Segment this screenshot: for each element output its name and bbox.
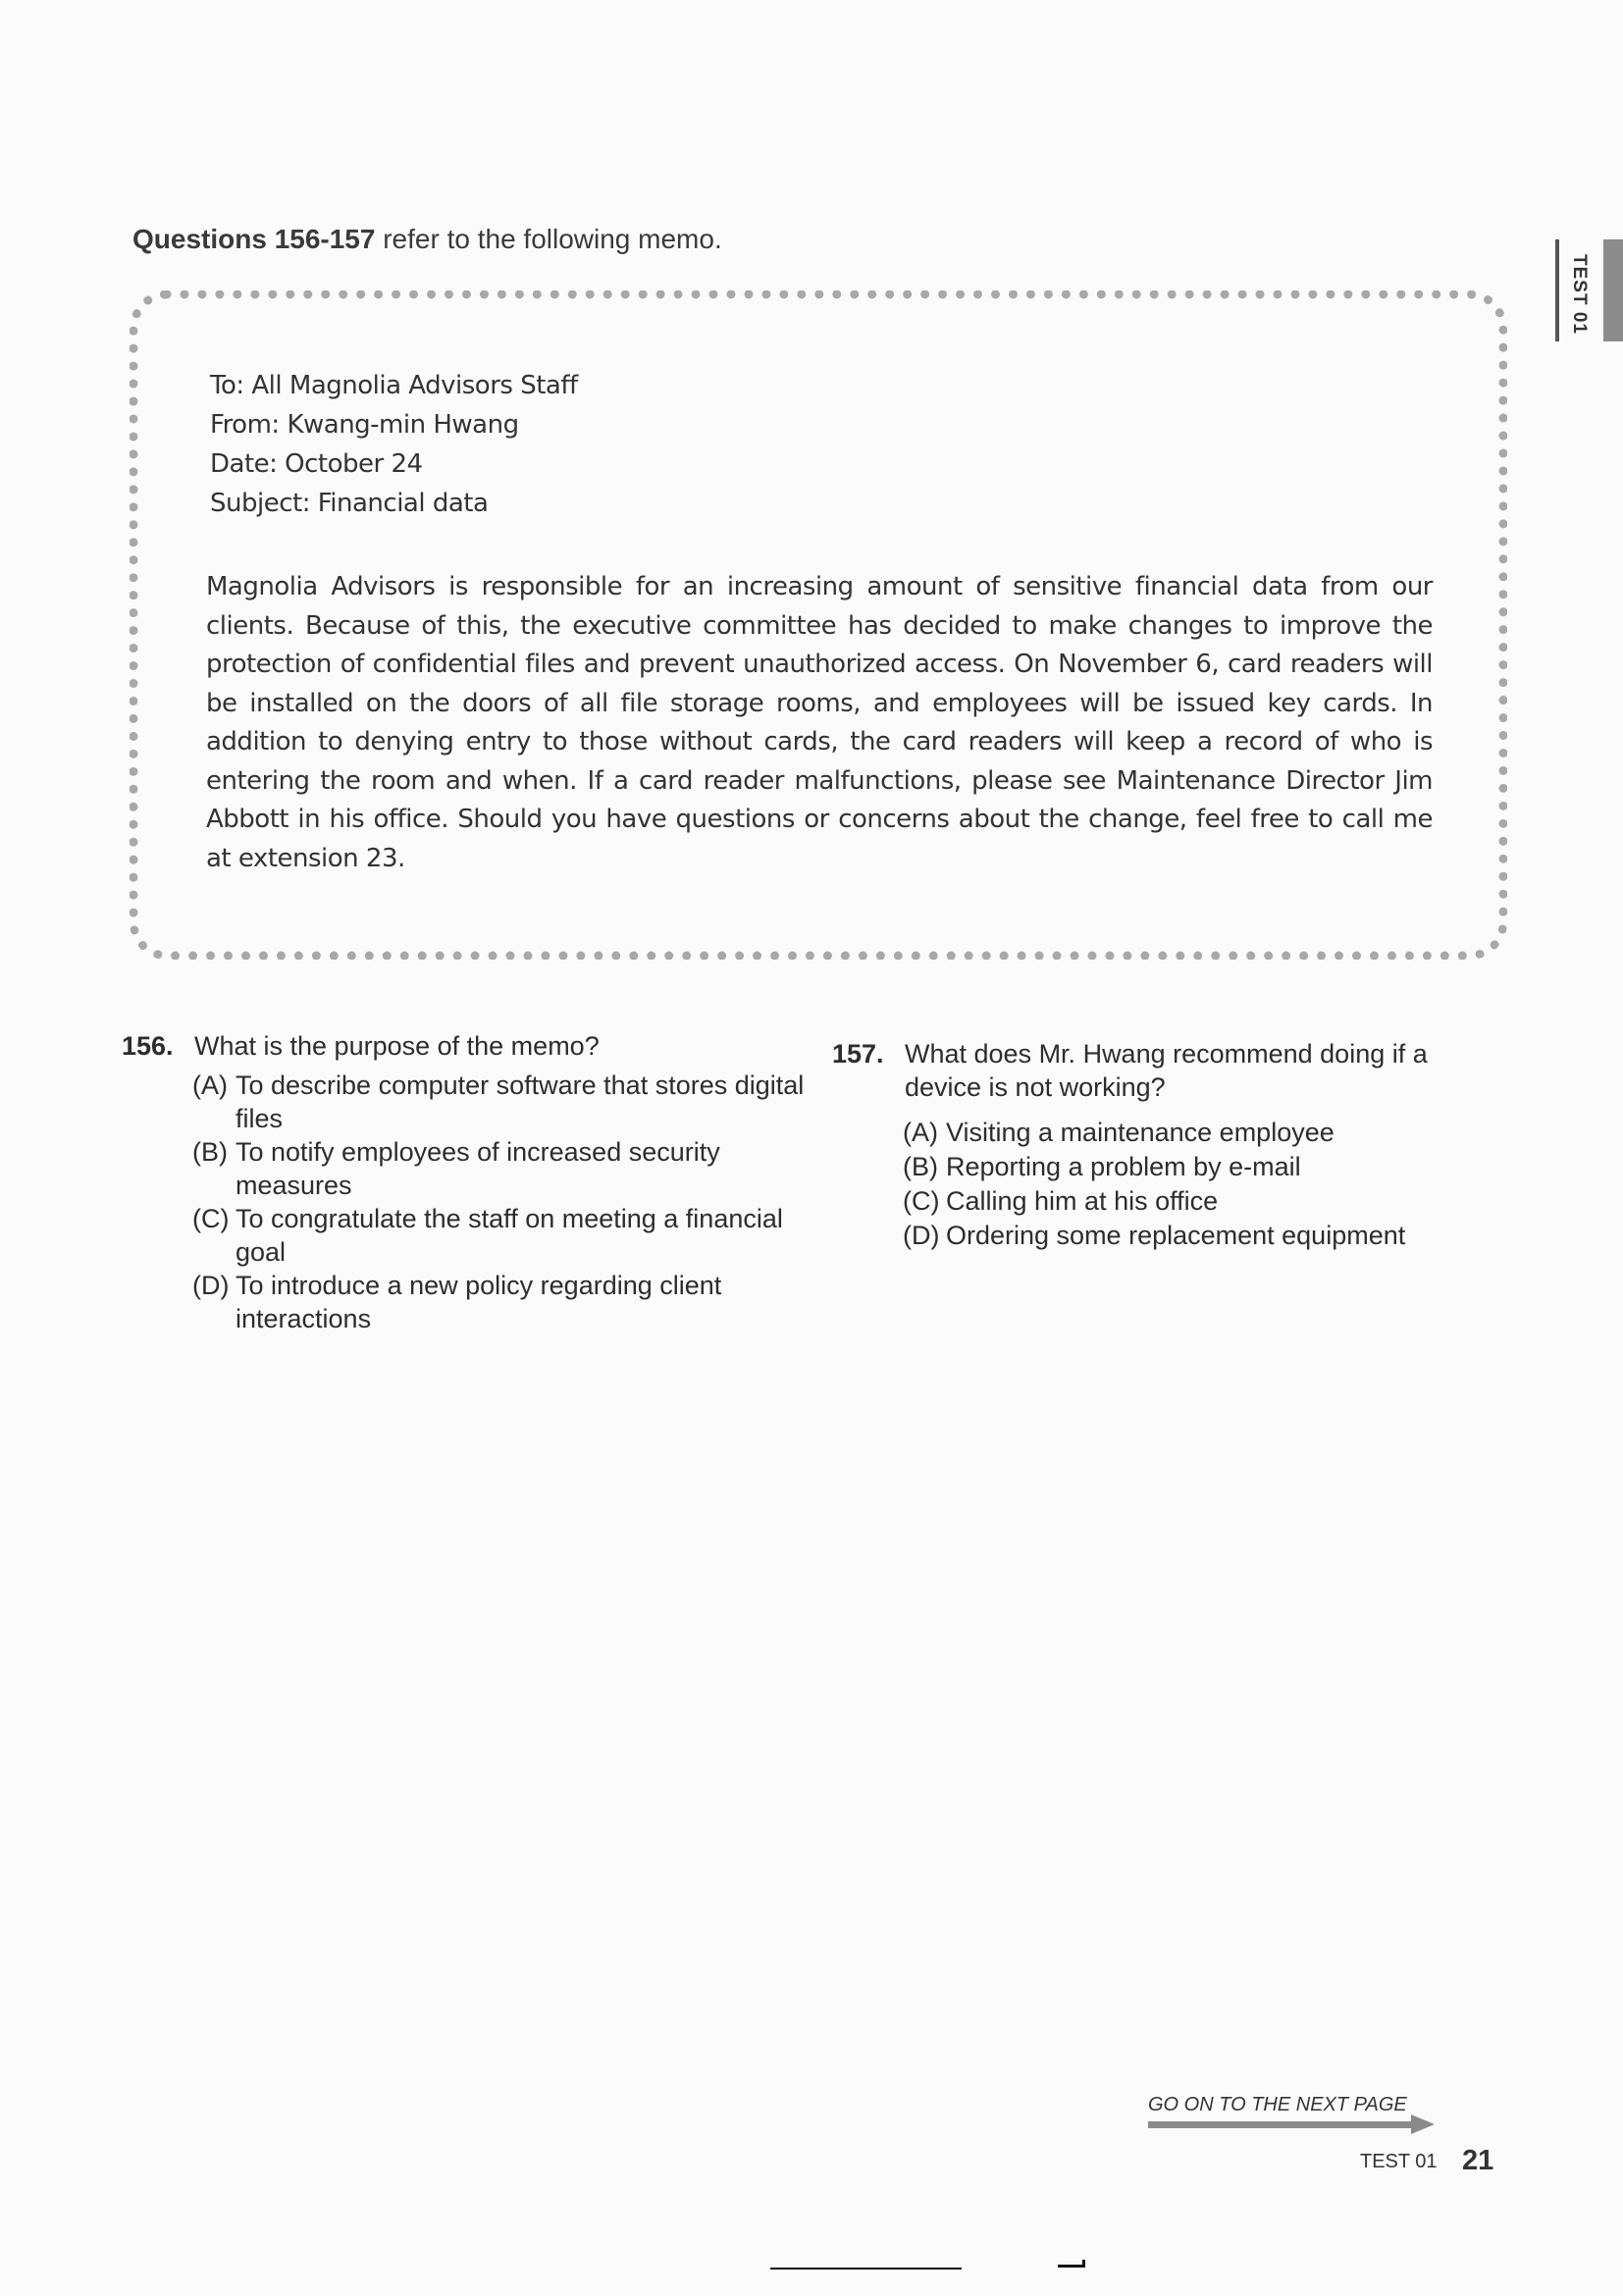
answer-option-d[interactable]: (D)Ordering some replacement equipment <box>903 1219 1499 1253</box>
footer-test-label: TEST 01 <box>1360 2151 1438 2173</box>
crop-mark-line <box>770 2268 962 2270</box>
memo-header: To: All Magnolia Advisors Staff From: Kw… <box>210 366 578 523</box>
memo-from: From: Kwang-min Hwang <box>210 405 578 444</box>
option-label: (B) <box>192 1135 236 1202</box>
option-label: (D) <box>903 1219 946 1253</box>
side-tab-divider <box>1555 239 1559 341</box>
option-label: (B) <box>903 1150 946 1184</box>
memo-to: To: All Magnolia Advisors Staff <box>210 366 578 405</box>
memo-subject: Subject: Financial data <box>210 484 578 523</box>
page-number: 21 <box>1462 2145 1493 2177</box>
question-stem: What does Mr. Hwang recommend doing if a… <box>905 1037 1499 1104</box>
passage-intro: Questions 156-157 refer to the following… <box>132 224 722 255</box>
answer-options: (A)To describe computer software that st… <box>192 1069 809 1335</box>
option-text: To congratulate the staff on meeting a f… <box>236 1202 809 1269</box>
question-number: 156. <box>122 1029 174 1063</box>
answer-options: (A)Visiting a maintenance employee (B)Re… <box>903 1116 1499 1253</box>
question-156: 156. What is the purpose of the memo? (A… <box>122 1029 809 1335</box>
intro-text: refer to the following memo. <box>375 224 721 254</box>
arrow-right-icon <box>1148 2121 1413 2128</box>
option-text: Calling him at his office <box>946 1184 1218 1219</box>
option-text: To notify employees of increased securit… <box>236 1135 809 1202</box>
option-text: To introduce a new policy regarding clie… <box>236 1269 809 1335</box>
answer-option-c[interactable]: (C)Calling him at his office <box>903 1184 1499 1219</box>
option-text: Visiting a maintenance employee <box>946 1116 1335 1150</box>
answer-option-d[interactable]: (D)To introduce a new policy regarding c… <box>192 1269 809 1335</box>
option-label: (D) <box>192 1269 236 1335</box>
option-label: (C) <box>903 1184 946 1219</box>
answer-option-c[interactable]: (C)To congratulate the staff on meeting … <box>192 1202 809 1269</box>
side-tab-label: TEST 01 <box>1566 245 1592 343</box>
next-page-notice: GO ON TO THE NEXT PAGE <box>1148 2094 1407 2116</box>
option-text: Ordering some replacement equipment <box>946 1219 1405 1253</box>
memo-body: Magnolia Advisors is responsible for an … <box>206 568 1433 878</box>
option-text: To describe computer software that store… <box>236 1069 809 1135</box>
option-label: (A) <box>903 1116 946 1150</box>
crop-mark-corner <box>1058 2260 1085 2268</box>
side-tab-marker <box>1603 239 1623 341</box>
answer-option-b[interactable]: (B)To notify employees of increased secu… <box>192 1135 809 1202</box>
option-label: (A) <box>192 1069 236 1135</box>
question-157: 157. What does Mr. Hwang recommend doing… <box>832 1037 1499 1253</box>
question-stem: What is the purpose of the memo? <box>194 1029 809 1063</box>
option-label: (C) <box>192 1202 236 1269</box>
answer-option-b[interactable]: (B)Reporting a problem by e-mail <box>903 1150 1499 1184</box>
memo-date: Date: October 24 <box>210 444 578 484</box>
question-number: 157. <box>832 1037 884 1070</box>
option-text: Reporting a problem by e-mail <box>946 1150 1301 1184</box>
answer-option-a[interactable]: (A)Visiting a maintenance employee <box>903 1116 1499 1150</box>
answer-option-a[interactable]: (A)To describe computer software that st… <box>192 1069 809 1135</box>
question-range: Questions 156-157 <box>132 224 375 254</box>
